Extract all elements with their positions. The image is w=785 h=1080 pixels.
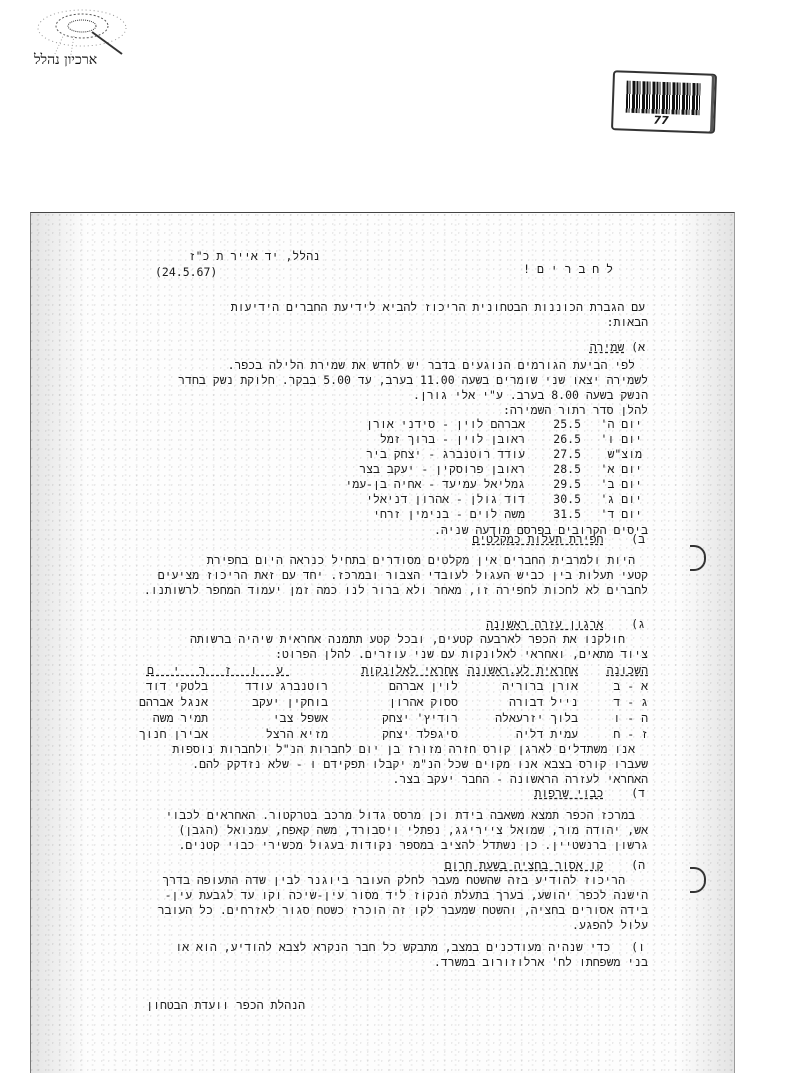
- roster-guards: עודד רוטנברג - יצחק ביר: [345, 447, 531, 462]
- salutation: ל ח ב ר י ם !: [523, 262, 613, 277]
- roster-day: יום ב': [587, 477, 648, 492]
- roster-date: 29.5: [531, 477, 587, 492]
- intro-line-1: עם הגברת הכוננות הבטחונית הריכוז להביא ל…: [231, 300, 645, 315]
- helper-cell: תמיר משה: [108, 710, 208, 726]
- roster-day: יום ו': [587, 432, 648, 447]
- barcode-sticker: 77: [611, 70, 717, 134]
- section-b-line: קטעי תעלות בין כביש העגול לעובדי הצבור ו…: [158, 568, 648, 583]
- table-row: ז - חעמית דליהסיגפלד יצחקמזיא הרצלאבירן …: [108, 726, 648, 742]
- roster-row: יום ב'29.5גמליאל עמיעד - אחיה בן-עמי: [345, 477, 648, 492]
- section-c-after: האחראי לעזרה הראשונה - החבר יעקב בצר.: [392, 772, 648, 787]
- roster-date: 31.5: [531, 507, 587, 522]
- section-e-heading: ה) קו אסור בחציה בשעת חרום: [445, 858, 645, 873]
- area-cell: ז - ח: [578, 726, 648, 742]
- area-cell: ג - ד: [578, 694, 648, 710]
- section-d-marker: ד): [631, 786, 645, 800]
- section-f-text: כדי שנהיה מעודכנים במצב, מתבקש כל חבר הנ…: [175, 940, 610, 954]
- roster-guards: ראובן לוין - ברוך זמל: [345, 432, 531, 447]
- section-a-title: שמירה: [590, 340, 625, 354]
- section-a-marker: א): [631, 340, 645, 354]
- section-c-title: ארגון עזרה ראשונה: [486, 617, 603, 631]
- archive-logo: ארכיון נהלל: [4, 4, 134, 74]
- section-f-line: ו) כדי שנהיה מעודכנים במצב, מתבקש כל חבר…: [175, 940, 645, 955]
- section-a-line: להלן סדר רתור השמירה:: [503, 403, 648, 418]
- roster-guards: גמליאל עמיעד - אחיה בן-עמי: [345, 477, 531, 492]
- first-aid-table: השכונה אחראית לע.ראשונה אחראי לאלונקות ע…: [108, 662, 648, 742]
- section-c-line: חולקנו את הכפר לארבעה קטעים, ובכל קטע תת…: [190, 632, 625, 647]
- helper-cell: מזיא הרצל: [208, 726, 328, 742]
- guard-roster-table: יום ה'25.5אברהם לוין - סידני אורןיום ו'2…: [345, 417, 648, 522]
- place-date-hebrew: נהלל, יד אייר ת כ"ז: [189, 249, 320, 264]
- date-gregorian: (24.5.67): [155, 265, 217, 280]
- section-b-marker: ב): [631, 532, 645, 546]
- section-a-line: לשמירה יצאו שני שומרים בשעה 11.00 בערב, …: [178, 373, 648, 388]
- helper-cell: אשפל צבי: [208, 710, 328, 726]
- section-e-line: הריכוז להודיע בזה שהשטח מעבר לחלק העובר …: [162, 873, 625, 888]
- roster-date: 28.5: [531, 462, 587, 477]
- section-d-line: במרכז הכפר תמצא משאבה בידת וכן מרסס גדול…: [165, 808, 635, 823]
- roster-guards: דוד גולן - אהרון דניאלי: [345, 492, 531, 507]
- section-d-line: אש, יהודה מור, שמואל צייריגג, נפתלי ויסב…: [178, 823, 648, 838]
- section-c-marker: ג): [631, 617, 645, 631]
- barcode-bars: [626, 81, 701, 116]
- first-aid-cell: בלוך יזרעאלה: [458, 710, 578, 726]
- area-cell: ה - ו: [578, 710, 648, 726]
- intro-line-2: הבאות:: [607, 315, 648, 330]
- section-a-heading: א) שמירה: [590, 340, 645, 355]
- stretcher-cell: רודיץ' יצחק: [328, 710, 458, 726]
- helper-cell: רוטנברג עודד: [208, 678, 328, 694]
- section-c-after: אנו משתדלים לארגן קורס חזרה מזורז בן יום…: [172, 742, 635, 757]
- table-row: ג - דנייל דבורהססוק אהרוןבוחקין יעקבאנגל…: [108, 694, 648, 710]
- helper-cell: אנגל אברהם: [108, 694, 208, 710]
- section-c-heading: ג) ארגון עזרה ראשונה: [486, 617, 645, 632]
- section-d-line: גרשון ברנשטיין. כן נשתדל להציב במספר נקו…: [178, 838, 648, 853]
- helper-cell: בוחקין יעקב: [208, 694, 328, 710]
- roster-guards: משה לוים - בנימין זרחי: [345, 507, 531, 522]
- archive-name: ארכיון נהלל: [34, 52, 97, 69]
- stretcher-cell: ססוק אהרון: [328, 694, 458, 710]
- section-f-marker: ו): [631, 940, 645, 954]
- roster-day: יום ד': [587, 507, 648, 522]
- helper-cell: בלטקי דוד: [108, 678, 208, 694]
- section-d-heading: ד) כבוי שרפות: [534, 786, 645, 801]
- section-b-line: היות ולמרבית החברים אין מקלטים מסודרים ב…: [207, 553, 635, 568]
- section-f-line: בני משפחתו לח' ארלוזורוב במשרד.: [434, 955, 648, 970]
- section-e-line: הישנה לכפר יהושע, בערך בתעלת הנקוז ליד מ…: [165, 888, 648, 903]
- roster-row: יום ה'25.5אברהם לוין - סידני אורן: [345, 417, 648, 432]
- stretcher-cell: לוין אברהם: [328, 678, 458, 694]
- roster-row: יום ד'31.5משה לוים - בנימין זרחי: [345, 507, 648, 522]
- roster-date: 30.5: [531, 492, 587, 507]
- roster-guards: אברהם לוין - סידני אורן: [345, 417, 531, 432]
- section-e-line: בידה אסורים בחציה, והשטח שמעבר לקו זה הו…: [158, 903, 648, 918]
- roster-day: יום א': [587, 462, 648, 477]
- section-e-marker: ה): [631, 858, 645, 872]
- helper-cell: אבירן חנוך: [108, 726, 208, 742]
- roster-row: יום ו'26.5ראובן לוין - ברוך זמל: [345, 432, 648, 447]
- roster-day: יום ה': [587, 417, 648, 432]
- section-a-line: הנשק בשעה 8.00 בערב. ע"י אלי גורן.: [413, 388, 648, 403]
- column-header: אחראי לאלונקות: [328, 662, 458, 678]
- roster-row: יום ג'30.5דוד גולן - אהרון דניאלי: [345, 492, 648, 507]
- section-c-after: שעברו קורס בצבא אנו מקוים שכל הנ"מ יקבלו…: [192, 757, 648, 772]
- roster-day: יום ג': [587, 492, 648, 507]
- barcode-number: 77: [653, 114, 669, 128]
- section-b-title: חפירת תעלות כמקלטים: [472, 532, 603, 546]
- roster-date: 25.5: [531, 417, 587, 432]
- section-b-line: לחברים לא לחכות לחפירה זו, מאחר ולא ברור…: [144, 583, 648, 598]
- column-header: אחראית לע.ראשונה: [458, 662, 578, 678]
- column-header: השכונה: [578, 662, 648, 678]
- section-d-title: כבוי שרפות: [534, 786, 603, 800]
- section-b-heading: ב) חפירת תעלות כמקלטים: [472, 532, 645, 547]
- section-c-line: ציוד מתאים, ואחראי לאלונקות עם שני עוזרי…: [275, 647, 648, 662]
- first-aid-cell: נייל דבורה: [458, 694, 578, 710]
- signature: הנהלת הכפר וועדת הבטחון: [146, 998, 305, 1013]
- first-aid-cell: עמית דליה: [458, 726, 578, 742]
- column-header: ע ו ז ר י ם: [108, 662, 328, 678]
- section-e-line: עלול להפגע.: [572, 918, 648, 933]
- area-cell: א - ב: [578, 678, 648, 694]
- table-row: ה - ובלוך יזרעאלהרודיץ' יצחקאשפל צביתמיר…: [108, 710, 648, 726]
- roster-guards: ראובן פרוסקין - יעקב בצר: [345, 462, 531, 477]
- section-a-line: לפי הביעת הגורמים הנוגעים בדבר יש לחדש א…: [228, 358, 635, 373]
- table-row: א - באורן ברוריהלוין אברהםרוטנברג עודדבל…: [108, 678, 648, 694]
- guard-roster: יום ה'25.5אברהם לוין - סידני אורןיום ו'2…: [345, 417, 648, 522]
- roster-date: 26.5: [531, 432, 587, 447]
- roster-date: 27.5: [531, 447, 587, 462]
- first-aid-table-wrap: השכונה אחראית לע.ראשונה אחראי לאלונקות ע…: [108, 662, 648, 742]
- roster-row: מוצ"ש27.5עודד רוטנברג - יצחק ביר: [345, 447, 648, 462]
- roster-day: מוצ"ש: [587, 447, 648, 462]
- roster-row: יום א'28.5ראובן פרוסקין - יעקב בצר: [345, 462, 648, 477]
- first-aid-cell: אורן ברוריה: [458, 678, 578, 694]
- section-e-title: קו אסור בחציה בשעת חרום: [445, 858, 604, 872]
- stretcher-cell: סיגפלד יצחק: [328, 726, 458, 742]
